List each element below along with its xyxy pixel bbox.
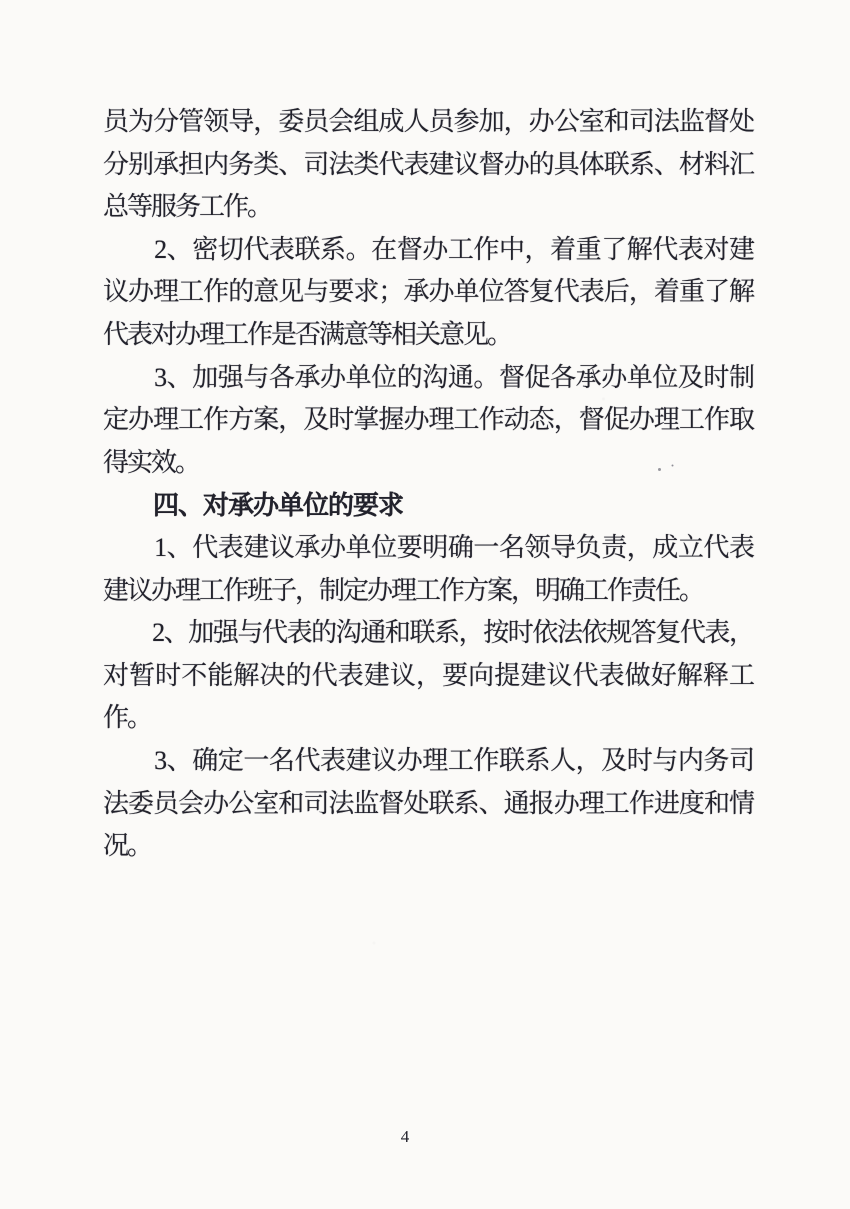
text-line: 3、加强与各承办单位的沟通。督促各承办单位及时制 [103,357,753,400]
text-line: 法委员会办公室和司法监督处联系、通报办理工作进度和情 [103,783,753,826]
text-line: 员为分管领导，委员会组成人员参加，办公室和司法监督处 [103,101,753,144]
text-line: 2、加强与代表的沟通和联系，按时依法依规答复代表， [103,612,753,655]
document-page: 员为分管领导，委员会组成人员参加，办公室和司法监督处分别承担内务类、司法类代表建… [0,0,850,1209]
text-line: 1、代表建议承办单位要明确一名领导负责，成立代表 [103,527,753,570]
paragraph: 2、密切代表联系。在督办工作中，着重了解代表对建议办理工作的意见与要求；承办单位… [103,229,753,357]
paragraph: 2、加强与代表的沟通和联系，按时依法依规答复代表，对暂时不能解决的代表建议，要向… [103,612,753,740]
paragraph: 1、代表建议承办单位要明确一名领导负责，成立代表建议办理工作班子，制定办理工作方… [103,527,753,612]
text-line: 四、对承办单位的要求 [103,484,753,527]
document-body: 员为分管领导，委员会组成人员参加，办公室和司法监督处分别承担内务类、司法类代表建… [103,101,753,868]
text-line: 3、确定一名代表建议办理工作联系人，及时与内务司 [103,740,753,783]
text-line: 议办理工作的意见与要求；承办单位答复代表后，着重了解 [103,271,753,314]
text-line: 对暂时不能解决的代表建议，要向提建议代表做好解释工 [103,655,753,698]
paragraph: 3、确定一名代表建议办理工作联系人，及时与内务司法委员会办公室和司法监督处联系、… [103,740,753,868]
paragraph: 3、加强与各承办单位的沟通。督促各承办单位及时制定办理工作方案，及时掌握办理工作… [103,357,753,485]
text-line: 定办理工作方案，及时掌握办理工作动态，督促办理工作取 [103,399,753,442]
text-line: 代表对办理工作是否满意等相关意见。 [103,314,753,357]
scan-artifact [658,468,661,471]
text-line: 作。 [103,697,753,740]
text-line: 建议办理工作班子，制定办理工作方案，明确工作责任。 [103,570,753,613]
text-line: 分别承担内务类、司法类代表建议督办的具体联系、材料汇 [103,144,753,187]
text-line: 2、密切代表联系。在督办工作中，着重了解代表对建 [103,229,753,272]
paragraph: 员为分管领导，委员会组成人员参加，办公室和司法监督处分别承担内务类、司法类代表建… [103,101,753,229]
text-line: 况。 [103,825,753,868]
text-line: 总等服务工作。 [103,186,753,229]
text-line: 得实效。 [103,442,753,485]
page-number: 4 [0,1127,810,1147]
section-heading: 四、对承办单位的要求 [103,484,753,527]
